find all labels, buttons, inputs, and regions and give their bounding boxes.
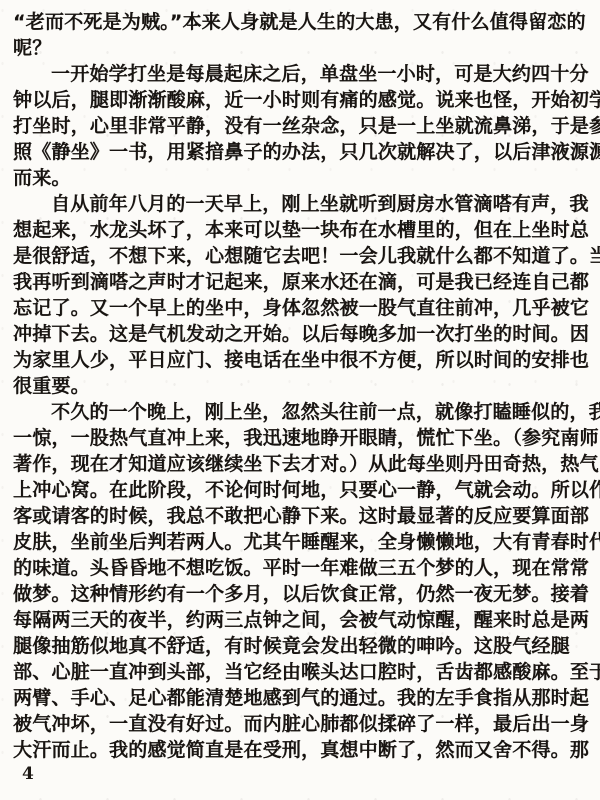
text-line: 很重要。 [13,373,589,399]
text-line: 大汗而止。我的感觉简直是在受刑，真想中断了，然而又舍不得。那 [13,737,589,763]
text-line: 自从前年八月的一天早上，刚上坐就听到厨房水管滴嗒有声，我 [13,191,589,217]
text-line: 上冲心窝。在此阶段，不论何时何地，只要心一静，气就会动。所以作 [13,477,589,503]
text-line: 照《静坐》一书，用紧揞鼻子的办法，只几次就解决了，以后津液源源 [13,139,589,165]
scanned-book-page: “老而不死是为贼。”本来人身就是人生的大患，又有什么值得留恋的呢？一开始学打坐是… [0,0,600,800]
text-line: 呢？ [13,35,589,61]
text-line: 每隔两三天的夜半，约两三点钟之间，会被气动惊醒，醒来时总是两 [13,607,589,633]
page-number: 4 [22,762,34,786]
text-line: 不久的一个晚上，刚上坐，忽然头往前一点，就像打瞌睡似的，我 [13,399,589,425]
text-line: 皮肤，坐前坐后判若两人。尤其午睡醒来，全身懒懒地，大有青春时代 [13,529,589,555]
text-line: 打坐时，心里非常平静，没有一丝杂念，只是一上坐就流鼻涕，于是参 [13,113,589,139]
text-line: 一开始学打坐是每晨起床之后，单盘坐一小时，可是大约四十分 [13,61,589,87]
text-line: 的味道。头昏昏地不想吃饭。平时一年难做三五个梦的人，现在常常 [13,555,589,581]
text-line: 为家里人少，平日应门、接电话在坐中很不方便，所以时间的安排也 [13,347,589,373]
text-line: 客或请客的时候，我总不敢把心静下来。这时最显著的反应要算面部 [13,503,589,529]
text-line: 忘记了。又一个早上的坐中，身体忽然被一股气直往前冲，几乎被它 [13,295,589,321]
text-line: 钟以后，腿即渐渐酸麻，近一小时则有痛的感觉。说来也怪，开始初学 [13,87,589,113]
text-line: 而来。 [13,165,589,191]
text-line: 著作，现在才知道应该继续坐下去才对。）从此每坐则丹田奇热，热气 [13,451,589,477]
text-line: 腿像抽筋似地真不舒适，有时候竟会发出轻微的呻吟。这股气经腿 [13,633,589,659]
text-line: 两臂、手心、足心都能清楚地感到气的通过。我的左手食指从那时起 [13,685,589,711]
text-line: 我再听到滴嗒之声时才记起来，原来水还在滴，可是我已经连自己都 [13,269,589,295]
text-line: 部、心脏一直冲到头部，当它经由喉头达口腔时，舌齿都感酸麻。至于 [13,659,589,685]
text-line: “老而不死是为贼。”本来人身就是人生的大患，又有什么值得留恋的 [13,9,589,35]
text-line: 是很舒适，不想下来，心想随它去吧！一会儿我就什么都不知道了。当 [13,243,589,269]
body-text: “老而不死是为贼。”本来人身就是人生的大患，又有什么值得留恋的呢？一开始学打坐是… [13,9,589,763]
text-line: 一惊，一股热气直冲上来，我迅速地睁开眼睛，慌忙下坐。（参究南师 [13,425,589,451]
text-line: 想起来，水龙头坏了，本来可以垫一块布在水槽里的，但在上坐时总 [13,217,589,243]
text-line: 做梦。这种情形约有一个多月，以后饮食正常，仍然一夜无梦。接着 [13,581,589,607]
text-line: 被气冲坏，一直没有好过。而内脏心肺都似揉碎了一样，最后出一身 [13,711,589,737]
text-line: 冲掉下去。这是气机发动之开始。以后每晚多加一次打坐的时间。因 [13,321,589,347]
